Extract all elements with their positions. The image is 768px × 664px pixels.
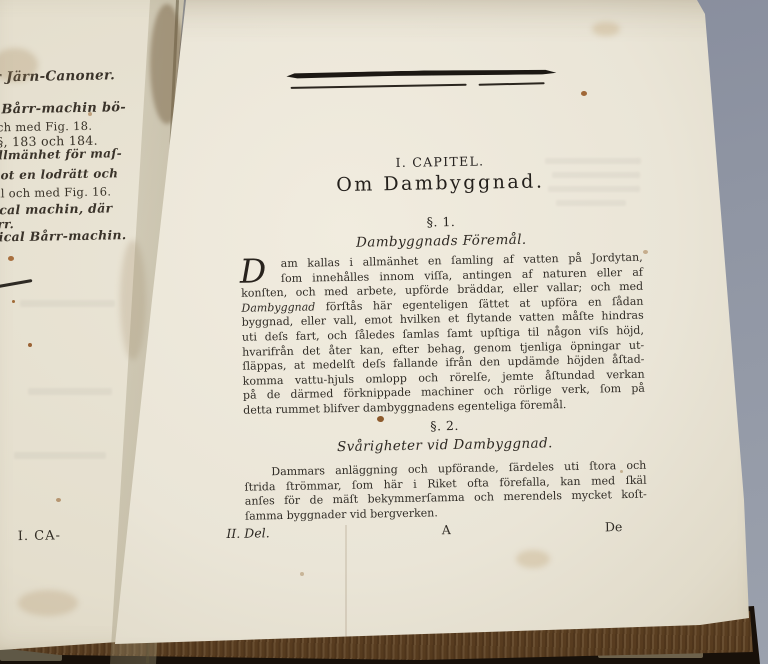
paragraph-1: D am kallas i allmänhet en ſamling af va… bbox=[241, 251, 646, 419]
stain bbox=[516, 550, 550, 568]
show-through-text bbox=[556, 200, 626, 206]
show-through-text bbox=[28, 388, 112, 395]
stain bbox=[643, 250, 648, 254]
catchword: De bbox=[605, 519, 623, 534]
page-crease bbox=[345, 525, 347, 637]
left-page-text-fragment: cal machin, där bbox=[0, 200, 113, 217]
stain bbox=[581, 91, 587, 96]
stain bbox=[620, 470, 623, 473]
stain bbox=[56, 498, 61, 502]
stain bbox=[300, 572, 304, 576]
paragraph-2: Dammars anläggning och upförande, ſärdel… bbox=[244, 459, 647, 524]
stain bbox=[8, 256, 14, 261]
stain bbox=[28, 343, 32, 347]
header-rule-thin bbox=[291, 84, 467, 89]
stain bbox=[88, 112, 92, 116]
left-page-text-fragment: mot en lodrätt och bbox=[0, 166, 118, 182]
left-page-text-fragment: til och med Fig. 16. bbox=[0, 184, 111, 200]
show-through-text bbox=[548, 186, 640, 192]
section-subtitle-1: Dambyggnads Föremål. bbox=[240, 230, 642, 253]
book-photo-scene: r Järn-Canoner.Bårr-machin bö-och med Fi… bbox=[0, 0, 768, 664]
left-page-text-fragment: Bårr-machin bö- bbox=[1, 100, 126, 117]
section-mark-1: §. 1. bbox=[240, 211, 642, 233]
show-through-text bbox=[552, 172, 640, 178]
stain bbox=[377, 416, 384, 422]
show-through-text bbox=[545, 158, 641, 164]
left-page-catchword: I. CA- bbox=[18, 528, 61, 544]
left-page-text-fragment: ical Bårr-machin. bbox=[0, 227, 127, 244]
section-mark-2: §. 2. bbox=[243, 415, 645, 437]
header-rule-thick bbox=[286, 68, 556, 79]
section-subtitle-2: Svårigheter vid Dambyggnad. bbox=[244, 434, 646, 457]
right-page-text: I. CAPITEL. Om Dambyggnad. §. 1. Dambygg… bbox=[201, 46, 710, 565]
stain bbox=[592, 22, 620, 36]
stain bbox=[12, 300, 15, 303]
left-page-text-fragment: allmänhet för maſ- bbox=[0, 146, 122, 162]
show-through-text bbox=[20, 300, 115, 307]
drop-cap: D bbox=[240, 254, 267, 287]
show-through-text bbox=[14, 452, 106, 459]
stain bbox=[18, 590, 78, 616]
section-end-dash bbox=[0, 279, 32, 288]
header-rule-thin bbox=[479, 82, 545, 86]
